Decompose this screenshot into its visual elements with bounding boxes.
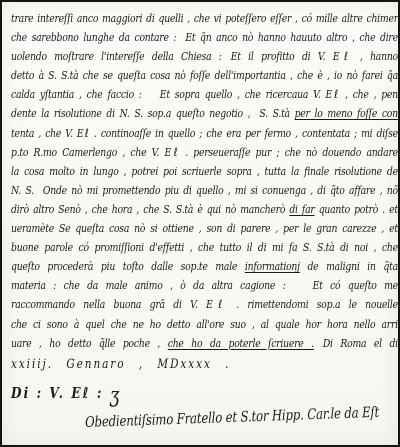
manuscript-scan: trare intereſſi anco maggiori di quelli … [0, 0, 400, 447]
manuscript-line: la cosa molto in lungo , potrei poi scri… [11, 162, 398, 181]
manuscript-line-segment: che sarebbono lunghe da contare : Et q̃n… [11, 30, 398, 44]
manuscript-line-segment: ueramète Se queſta cosa nò si ottiene , … [11, 221, 398, 235]
manuscript-line-segment: dirò altro Senò , che hora , che S. S.tà… [11, 202, 289, 216]
manuscript-line-segment: buone parole có promiſſioni d'effetti , … [11, 240, 398, 254]
manuscript-line-segment: p.to R.mo Camerlengo , che V. Eℓ . perse… [11, 145, 398, 159]
manuscript-line: raccommando nella buona grā di V. Eℓ . r… [11, 295, 398, 314]
manuscript-line: uolendo moſtrare l'intereſſe della Chies… [11, 47, 398, 66]
manuscript-line: uare , ho detto q̃lle poche , che ho da … [11, 334, 398, 353]
manuscript-line-segment: uolendo moſtrare l'intereſſe della Chies… [11, 49, 398, 63]
manuscript-line-segment: dente la risolutione di N. S. sop.a queſ… [11, 106, 295, 120]
manuscript-line-segment: de maligni in q̃ta [300, 259, 398, 273]
date-year: MDxxxx . [157, 357, 230, 372]
manuscript-line: dente la risolutione di N. S. sop.a queſ… [11, 104, 398, 123]
manuscript-line-segment: la cosa molto in lungo , potrei poi scri… [11, 164, 398, 178]
manuscript-line-segment: di far [289, 202, 314, 216]
valediction-text: Di : V. Eℓ : [11, 384, 103, 402]
manuscript-line: materia : che da male animo , ò da altra… [11, 276, 398, 295]
manuscript-line: dirò altro Senò , che hora , che S. S.tà… [11, 200, 398, 219]
manuscript-line-segment: quanto potrò . et [315, 202, 398, 216]
signature: Obedientiſsimo Fratello et S.tor Hipp. C… [85, 404, 392, 431]
manuscript-line: che sarebbono lunghe da contare : Et q̃n… [11, 28, 398, 47]
manuscript-line: ueramète Se queſta cosa nò si ottiene , … [11, 219, 398, 238]
manuscript-line-segment: informationj [245, 259, 300, 273]
manuscript-line-segment: trare intereſſi anco maggiori di quelli … [11, 11, 398, 25]
manuscript-line-segment: materia : che da male animo , ò da altra… [11, 278, 398, 292]
manuscript-line-segment: calda yſtantia , che faccio : Et sopra q… [11, 87, 398, 101]
manuscript-line: trare intereſſi anco maggiori di quelli … [11, 9, 398, 28]
manuscript-line-segment: per lo meno foſſe con [295, 106, 398, 120]
manuscript-line-segment: detto à S. S.tà che se queſta cosa nò fo… [11, 68, 398, 82]
date-day-month: xxiiij. Gennaro , [11, 357, 144, 372]
manuscript-line-segment: raccommando nella buona grā di V. Eℓ . r… [11, 297, 398, 311]
manuscript-line: p.to R.mo Camerlengo , che V. Eℓ . perse… [11, 143, 398, 162]
manuscript-line: buone parole có promiſſioni d'effetti , … [11, 238, 398, 257]
paraph-flourish: ʒ [110, 383, 120, 407]
manuscript-line: tenta , che V. Eℓ . continoaſſe in quell… [11, 124, 398, 143]
manuscript-line: detto à S. S.tà che se queſta cosa nò fo… [11, 66, 398, 85]
manuscript-line-segment: che ci sono à quel che ne ho detto all'o… [11, 317, 398, 331]
manuscript-line: N. S. Onde nò mi promettendo piu di quel… [11, 181, 398, 200]
manuscript-line: queſto procederà piu toſto dalle sop.te … [11, 257, 398, 276]
manuscript-line-segment: tenta , che V. Eℓ . continoaſſe in quell… [11, 126, 398, 140]
manuscript-line-segment: che ho da poterle ſcriuere . [168, 336, 314, 350]
manuscript-line-segment: Di Roma el di [314, 336, 398, 350]
letter-lines: trare intereſſi anco maggiori di quelli … [11, 9, 398, 353]
letter-body: trare intereſſi anco maggiori di quelli … [11, 9, 398, 431]
valediction: Di : V. Eℓ : ʒ [11, 381, 398, 405]
manuscript-line: calda yſtantia , che faccio : Et sopra q… [11, 85, 398, 104]
manuscript-line-segment: uare , ho detto q̃lle poche , [11, 336, 168, 350]
manuscript-line-segment: queſto procederà piu toſto dalle sop.te … [11, 259, 245, 273]
manuscript-line-segment: N. S. Onde nò mi promettendo piu di quel… [11, 183, 398, 197]
date-line: xxiiij. Gennaro , MDxxxx . [11, 354, 398, 375]
manuscript-line: che ci sono à quel che ne ho detto all'o… [11, 315, 398, 334]
